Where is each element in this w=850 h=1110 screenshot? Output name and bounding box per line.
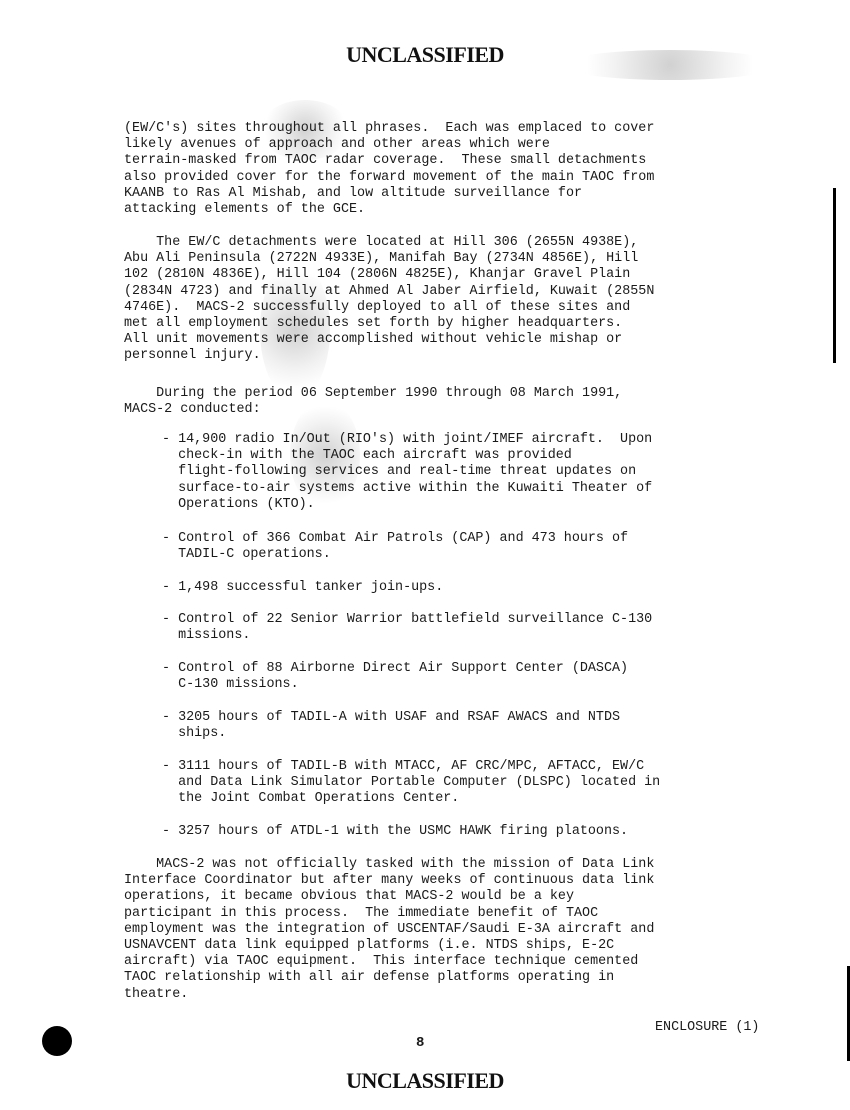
paragraph-ewc-detachments: The EW/C detachments were located at Hil… [124, 235, 804, 365]
page-number: 8 [416, 1035, 424, 1051]
list-item-senior-warrior: - Control of 22 Senior Warrior battlefie… [162, 612, 652, 644]
paragraph-data-link: MACS-2 was not officially tasked with th… [124, 857, 804, 1003]
change-bar [833, 188, 836, 363]
list-item-atdl: - 3257 hours of ATDL-1 with the USMC HAW… [162, 824, 628, 840]
list-item-tadil-b: - 3111 hours of TADIL-B with MTACC, AF C… [162, 759, 660, 808]
list-item-rio: - 14,900 radio In/Out (RIO's) with joint… [162, 432, 652, 513]
classification-footer: UNCLASSIFIED [0, 1068, 850, 1094]
scan-noise [560, 50, 780, 80]
paragraph-ewc-sites: (EW/C's) sites throughout all phrases. E… [124, 121, 804, 218]
list-item-dasca: - Control of 88 Airborne Direct Air Supp… [162, 661, 628, 693]
list-item-cap: - Control of 366 Combat Air Patrols (CAP… [162, 531, 628, 563]
list-item-tadil-a: - 3205 hours of TADIL-A with USAF and RS… [162, 710, 620, 742]
punch-hole [42, 1026, 72, 1056]
list-item-tanker: - 1,498 successful tanker join-ups. [162, 580, 443, 596]
enclosure-label: ENCLOSURE (1) [655, 1020, 759, 1035]
paragraph-period-intro: During the period 06 September 1990 thro… [124, 386, 804, 418]
